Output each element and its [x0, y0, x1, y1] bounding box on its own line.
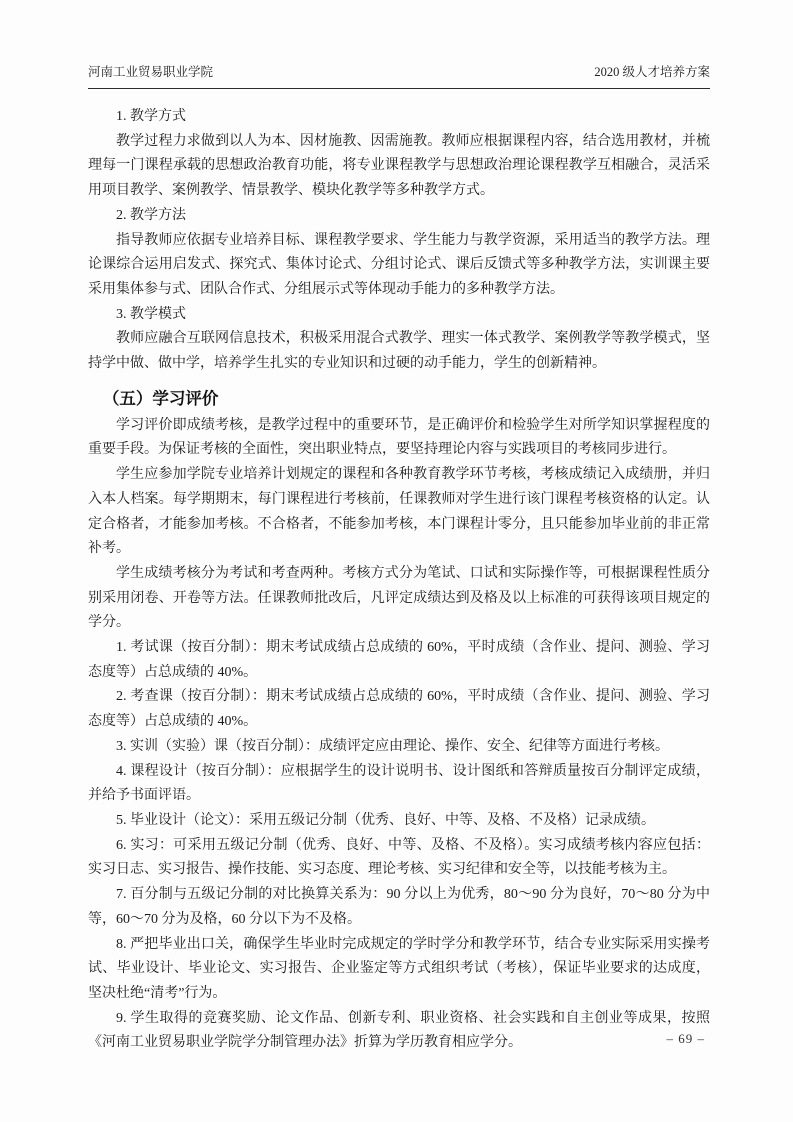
paragraph: 3. 教学模式	[88, 303, 710, 328]
paragraph: 9. 学生取得的竞赛奖励、论文作品、创新专利、职业资格、社会实践和自主创业等成果…	[88, 1007, 710, 1056]
paragraph: 学生应参加学院专业培养计划规定的课程和各种教育教学环节考核，考核成绩记入成绩册，…	[88, 463, 710, 562]
paragraph: 4. 课程设计（按百分制）：应根据学生的设计说明书、设计图纸和答辩质量按百分制评…	[88, 760, 710, 809]
paragraph: 7. 百分制与五级记分制的对比换算关系为：90 分以上为优秀，80～90 分为良…	[88, 883, 710, 932]
paragraph: 5. 毕业设计（论文）：采用五级记分制（优秀、良好、中等、及格、不及格）记录成绩…	[88, 809, 710, 834]
paragraph: 3. 实训（实验）课（按百分制）：成绩评定应由理论、操作、安全、纪律等方面进行考…	[88, 735, 710, 760]
paragraph: 教师应融合互联网信息技术，积极采用混合式教学、理实一体式教学、案例教学等教学模式…	[88, 327, 710, 376]
paragraph: 学生成绩考核分为考试和考查两种。考核方式分为笔试、口试和实际操作等，可根据课程性…	[88, 562, 710, 636]
paragraph: 2. 教学方法	[88, 204, 710, 229]
page-number: – 69 –	[667, 1031, 706, 1046]
paragraph: 学习评价即成绩考核，是教学过程中的重要环节，是正确评价和检验学生对所学知识掌握程…	[88, 414, 710, 463]
paragraph: 指导教师应依据专业培养目标、课程教学要求、学生能力与教学资源，采用适当的教学方法…	[88, 229, 710, 303]
paragraph: 教学过程力求做到以人为本、因材施教、因需施教。教师应根据课程内容，结合选用教材，…	[88, 130, 710, 204]
document-body: 1. 教学方式教学过程力求做到以人为本、因材施教、因需施教。教师应根据课程内容，…	[88, 105, 710, 1056]
paragraph: 1. 教学方式	[88, 105, 710, 130]
section-heading: （五）学习评价	[88, 386, 710, 412]
header-document-title: 2020 级人才培养方案	[594, 64, 710, 81]
paragraph: 8. 严把毕业出口关，确保学生毕业时完成规定的学时学分和教学环节，结合专业实际采…	[88, 933, 710, 1007]
paragraph: 1. 考试课（按百分制）：期末考试成绩占总成绩的 60%，平时成绩（含作业、提问…	[88, 636, 710, 685]
header-school-name: 河南工业贸易职业学院	[88, 64, 213, 81]
page-footer: – 69 –	[667, 1031, 706, 1047]
page-header: 河南工业贸易职业学院 2020 级人才培养方案	[88, 64, 710, 89]
paragraph: 6. 实习：可采用五级记分制（优秀、良好、中等、及格、不及格）。实习成绩考核内容…	[88, 834, 710, 883]
paragraph: 2. 考查课（按百分制）：期末考试成绩占总成绩的 60%，平时成绩（含作业、提问…	[88, 685, 710, 734]
document-page: 河南工业贸易职业学院 2020 级人才培养方案 1. 教学方式教学过程力求做到以…	[0, 0, 793, 1122]
